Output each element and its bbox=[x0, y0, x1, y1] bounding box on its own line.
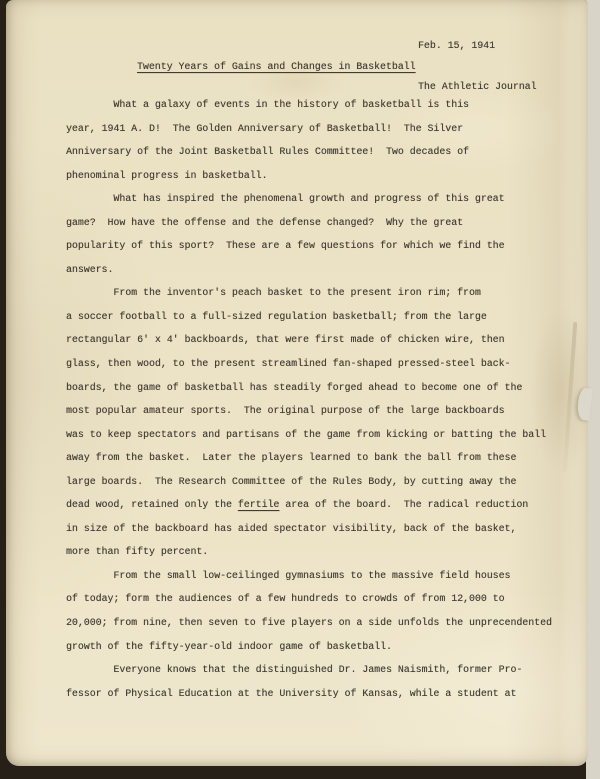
text-line: game? How have the offense and the defen… bbox=[66, 211, 576, 235]
page-title: Twenty Years of Gains and Changes in Bas… bbox=[137, 61, 416, 72]
text-line: answers. bbox=[66, 258, 576, 282]
text-line: Anniversary of the Joint Basketball Rule… bbox=[66, 140, 576, 164]
page-content: Feb. 15, 1941 The Athletic Journal Twent… bbox=[0, 0, 600, 779]
text-line: What a galaxy of events in the history o… bbox=[66, 93, 576, 117]
text-line: a soccer football to a full-sized regula… bbox=[66, 305, 576, 329]
text-segment: dead wood, retained only the bbox=[66, 499, 238, 510]
text-line: From the small low-ceilinged gymnasiums … bbox=[66, 564, 576, 588]
text-line: What has inspired the phenomenal growth … bbox=[66, 187, 576, 211]
scanned-document: Feb. 15, 1941 The Athletic Journal Twent… bbox=[0, 0, 600, 779]
text-line: 20,000; from nine, then seven to five pl… bbox=[66, 611, 576, 635]
text-line: phenominal progress in basketball. bbox=[66, 164, 576, 188]
text-line: year, 1941 A. D! The Golden Anniversary … bbox=[66, 117, 576, 141]
text-line: growth of the fifty-year-old indoor game… bbox=[66, 635, 576, 659]
text-line: large boards. The Research Committee of … bbox=[66, 470, 576, 494]
text-line: most popular amateur sports. The origina… bbox=[66, 399, 576, 423]
text-line: fessor of Physical Education at the Univ… bbox=[66, 682, 576, 706]
underlined-word: fertile bbox=[238, 499, 279, 510]
header-publication: The Athletic Journal bbox=[418, 80, 537, 94]
text-line: rectangular 6' x 4' backboards, that wer… bbox=[66, 328, 576, 352]
text-line: glass, then wood, to the present streaml… bbox=[66, 352, 576, 376]
text-line: boards, the game of basketball has stead… bbox=[66, 376, 576, 400]
text-line: popularity of this sport? These are a fe… bbox=[66, 234, 576, 258]
text-line: in size of the backboard has aided spect… bbox=[66, 517, 576, 541]
text-segment: area of the board. The radical reduction bbox=[279, 499, 528, 510]
text-line: dead wood, retained only the fertile are… bbox=[66, 493, 576, 517]
text-line: more than fifty percent. bbox=[66, 540, 576, 564]
text-line: was to keep spectators and partisans of … bbox=[66, 423, 576, 447]
text-line: away from the basket. Later the players … bbox=[66, 446, 576, 470]
text-line: From the inventor's peach basket to the … bbox=[66, 281, 576, 305]
body-text: What a galaxy of events in the history o… bbox=[66, 93, 576, 705]
text-line: Everyone knows that the distinguished Dr… bbox=[66, 658, 576, 682]
text-line: of today; form the audiences of a few hu… bbox=[66, 587, 576, 611]
header-date: Feb. 15, 1941 bbox=[418, 39, 537, 53]
